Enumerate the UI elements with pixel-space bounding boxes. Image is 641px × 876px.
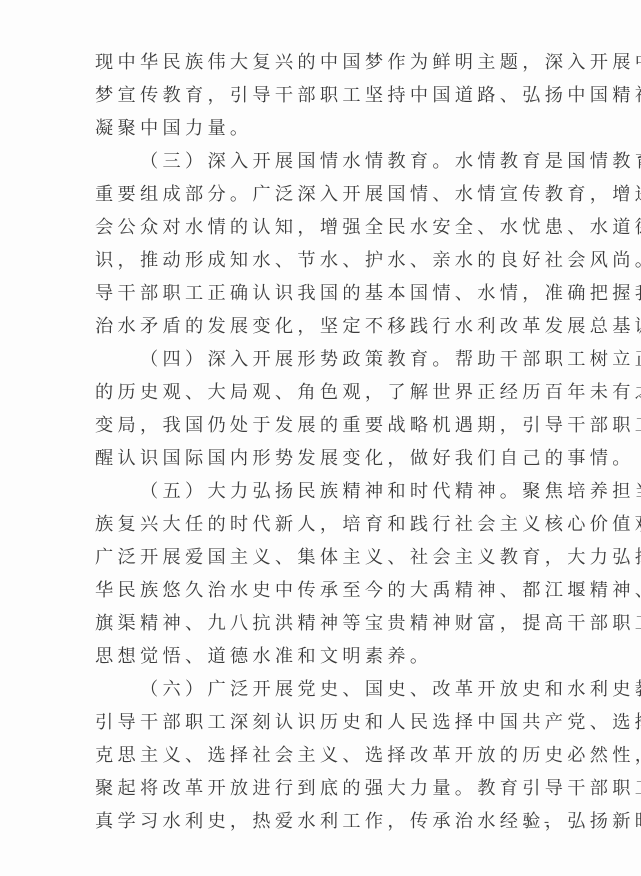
text-line: 思想觉悟、道德水准和文明素养。	[95, 640, 547, 673]
text-line: 旗渠精神、九八抗洪精神等宝贵精神财富，提高干部职工的	[95, 607, 547, 640]
page-number: - 3 -	[508, 814, 553, 831]
section-heading-line: （三）深入开展国情水情教育。水情教育是国情教育的	[95, 145, 547, 178]
text-line: 广泛开展爱国主义、集体主义、社会主义教育，大力弘扬中	[95, 541, 547, 574]
text-line: 现中华民族伟大复兴的中国梦作为鲜明主题，深入开展中国	[95, 46, 547, 79]
text-line: 重要组成部分。广泛深入开展国情、水情宣传教育，增进社	[95, 178, 547, 211]
text-line: 华民族悠久治水史中传承至今的大禹精神、都江堰精神、红	[95, 574, 547, 607]
document-body: 现中华民族伟大复兴的中国梦作为鲜明主题，深入开展中国 梦宣传教育，引导干部职工坚…	[95, 46, 547, 838]
text-line: 会公众对水情的认知，增强全民水安全、水忧患、水道德意	[95, 211, 547, 244]
text-line: 识，推动形成知水、节水、护水、亲水的良好社会风尚。引	[95, 244, 547, 277]
text-line: 治水矛盾的发展变化，坚定不移践行水利改革发展总基调。	[95, 310, 547, 343]
text-line: 克思主义、选择社会主义、选择改革开放的历史必然性，凝	[95, 739, 547, 772]
text-line: 引导干部职工深刻认识历史和人民选择中国共产党、选择马	[95, 706, 547, 739]
text-line: 聚起将改革开放进行到底的强大力量。教育引导干部职工认	[95, 772, 547, 805]
text-line: 的历史观、大局观、角色观，了解世界正经历百年未有之大	[95, 376, 547, 409]
section-heading-line: （六）广泛开展党史、国史、改革开放史和水利史教育。	[95, 673, 547, 706]
text-line: 族复兴大任的时代新人，培育和践行社会主义核心价值观，	[95, 508, 547, 541]
text-line: 醒认识国际国内形势发展变化，做好我们自己的事情。	[95, 442, 547, 475]
text-line: 凝聚中国力量。	[95, 112, 547, 145]
text-line: 导干部职工正确认识我国的基本国情、水情，准确把握我国	[95, 277, 547, 310]
section-heading-line: （四）深入开展形势政策教育。帮助干部职工树立正确	[95, 343, 547, 376]
text-line: 变局，我国仍处于发展的重要战略机遇期，引导干部职工清	[95, 409, 547, 442]
text-line: 梦宣传教育，引导干部职工坚持中国道路、弘扬中国精神、	[95, 79, 547, 112]
section-heading-line: （五）大力弘扬民族精神和时代精神。聚焦培养担当民	[95, 475, 547, 508]
text-line: 真学习水利史，热爱水利工作，传承治水经验，弘扬新时代	[95, 805, 547, 838]
document-page: 现中华民族伟大复兴的中国梦作为鲜明主题，深入开展中国 梦宣传教育，引导干部职工坚…	[0, 0, 641, 876]
